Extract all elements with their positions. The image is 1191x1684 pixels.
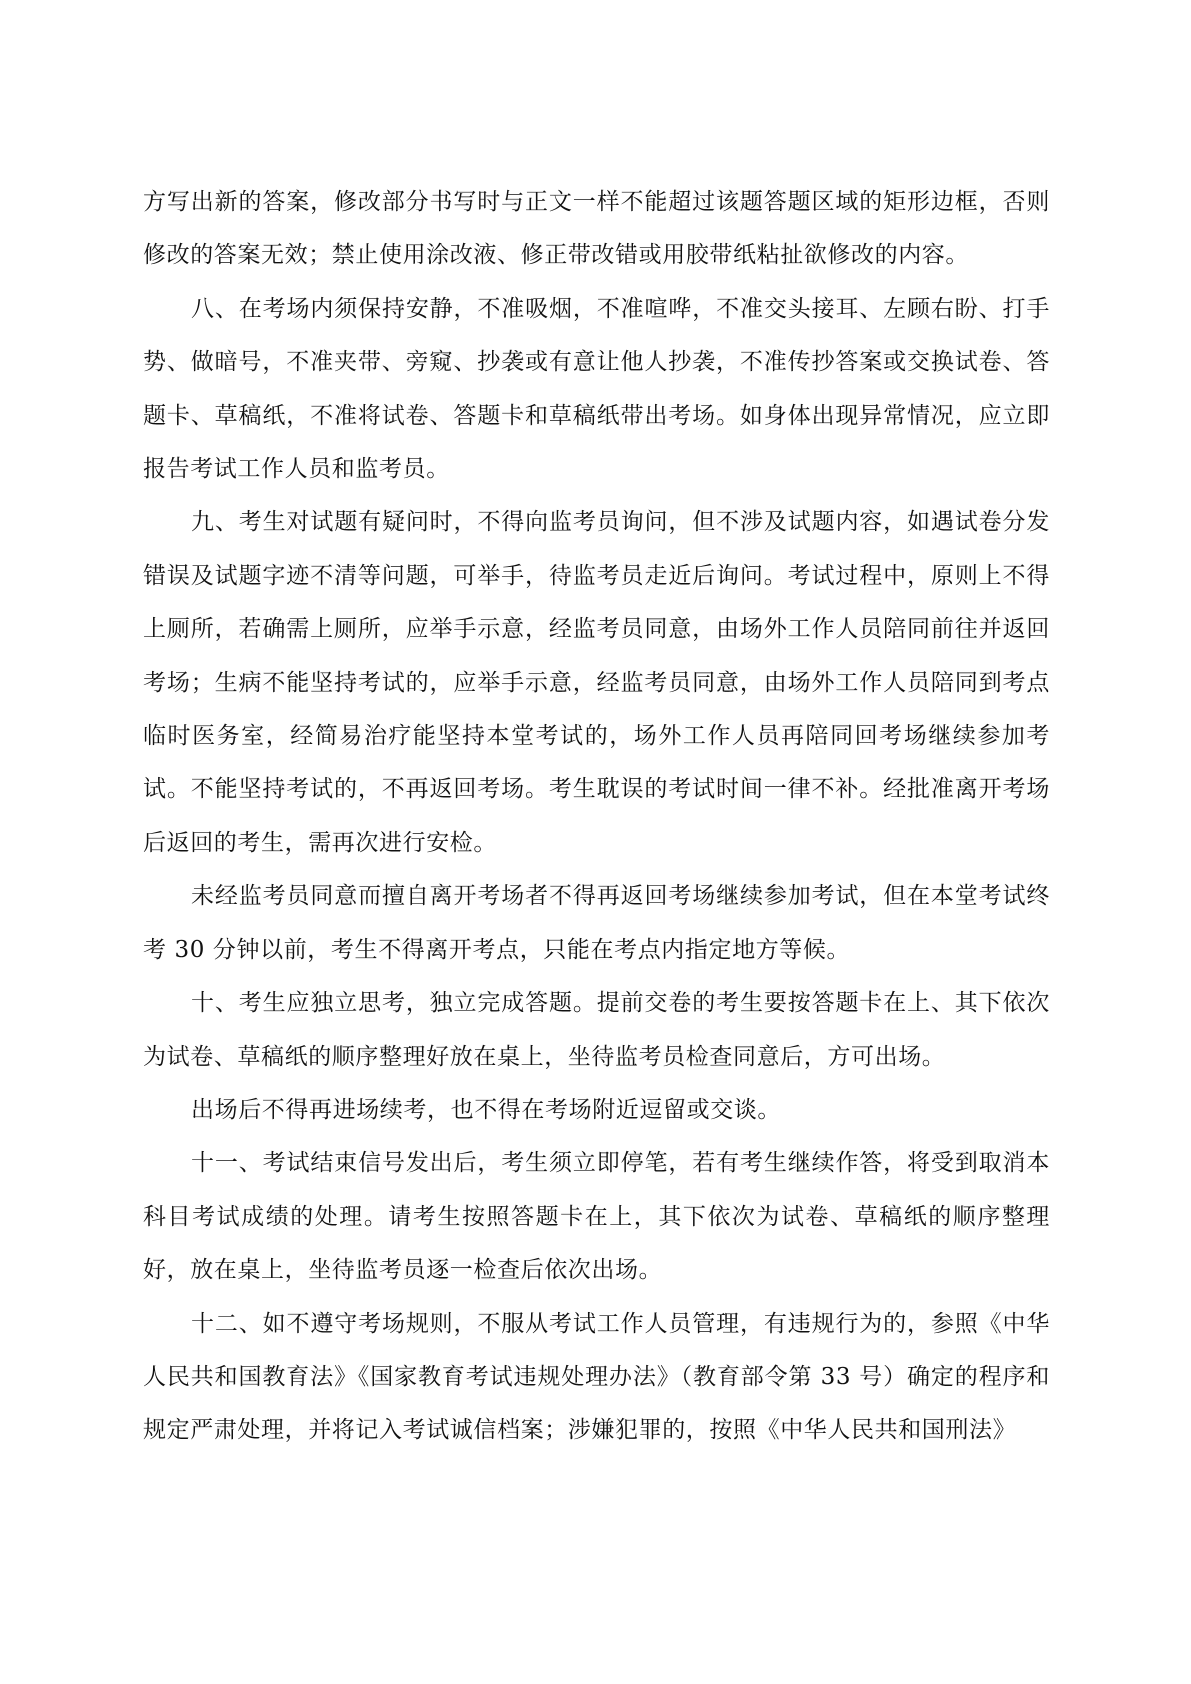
paragraph-answer-modification: 方写出新的答案，修改部分书写时与正文一样不能超过该题答题区域的矩形边框，否则修改… [143, 176, 1050, 283]
paragraph-rule-10-early-submission: 十、考生应独立思考，独立完成答题。提前交卷的考生要按答题卡在上、其下依次为试卷、… [143, 977, 1050, 1084]
paragraph-rule-11-exam-end: 十一、考试结束信号发出后，考生须立即停笔，若有考生继续作答，将受到取消本科目考试… [143, 1137, 1050, 1297]
paragraph-unauthorized-leaving: 未经监考员同意而擅自离开考场者不得再返回考场继续参加考试，但在本堂考试终考 30… [143, 870, 1050, 977]
paragraph-no-reentry: 出场后不得再进场续考，也不得在考场附近逗留或交谈。 [143, 1084, 1050, 1137]
document-page: 方写出新的答案，修改部分书写时与正文一样不能超过该题答题区域的矩形边框，否则修改… [143, 176, 1050, 1458]
paragraph-rule-12-violations: 十二、如不遵守考场规则，不服从考试工作人员管理，有违规行为的，参照《中华人民共和… [143, 1298, 1050, 1458]
paragraph-rule-9-questions-and-leaving: 九、考生对试题有疑问时，不得向监考员询问，但不涉及试题内容，如遇试卷分发错误及试… [143, 496, 1050, 870]
paragraph-rule-8-exam-room-conduct: 八、在考场内须保持安静，不准吸烟，不准喧哗，不准交头接耳、左顾右盼、打手势、做暗… [143, 283, 1050, 497]
